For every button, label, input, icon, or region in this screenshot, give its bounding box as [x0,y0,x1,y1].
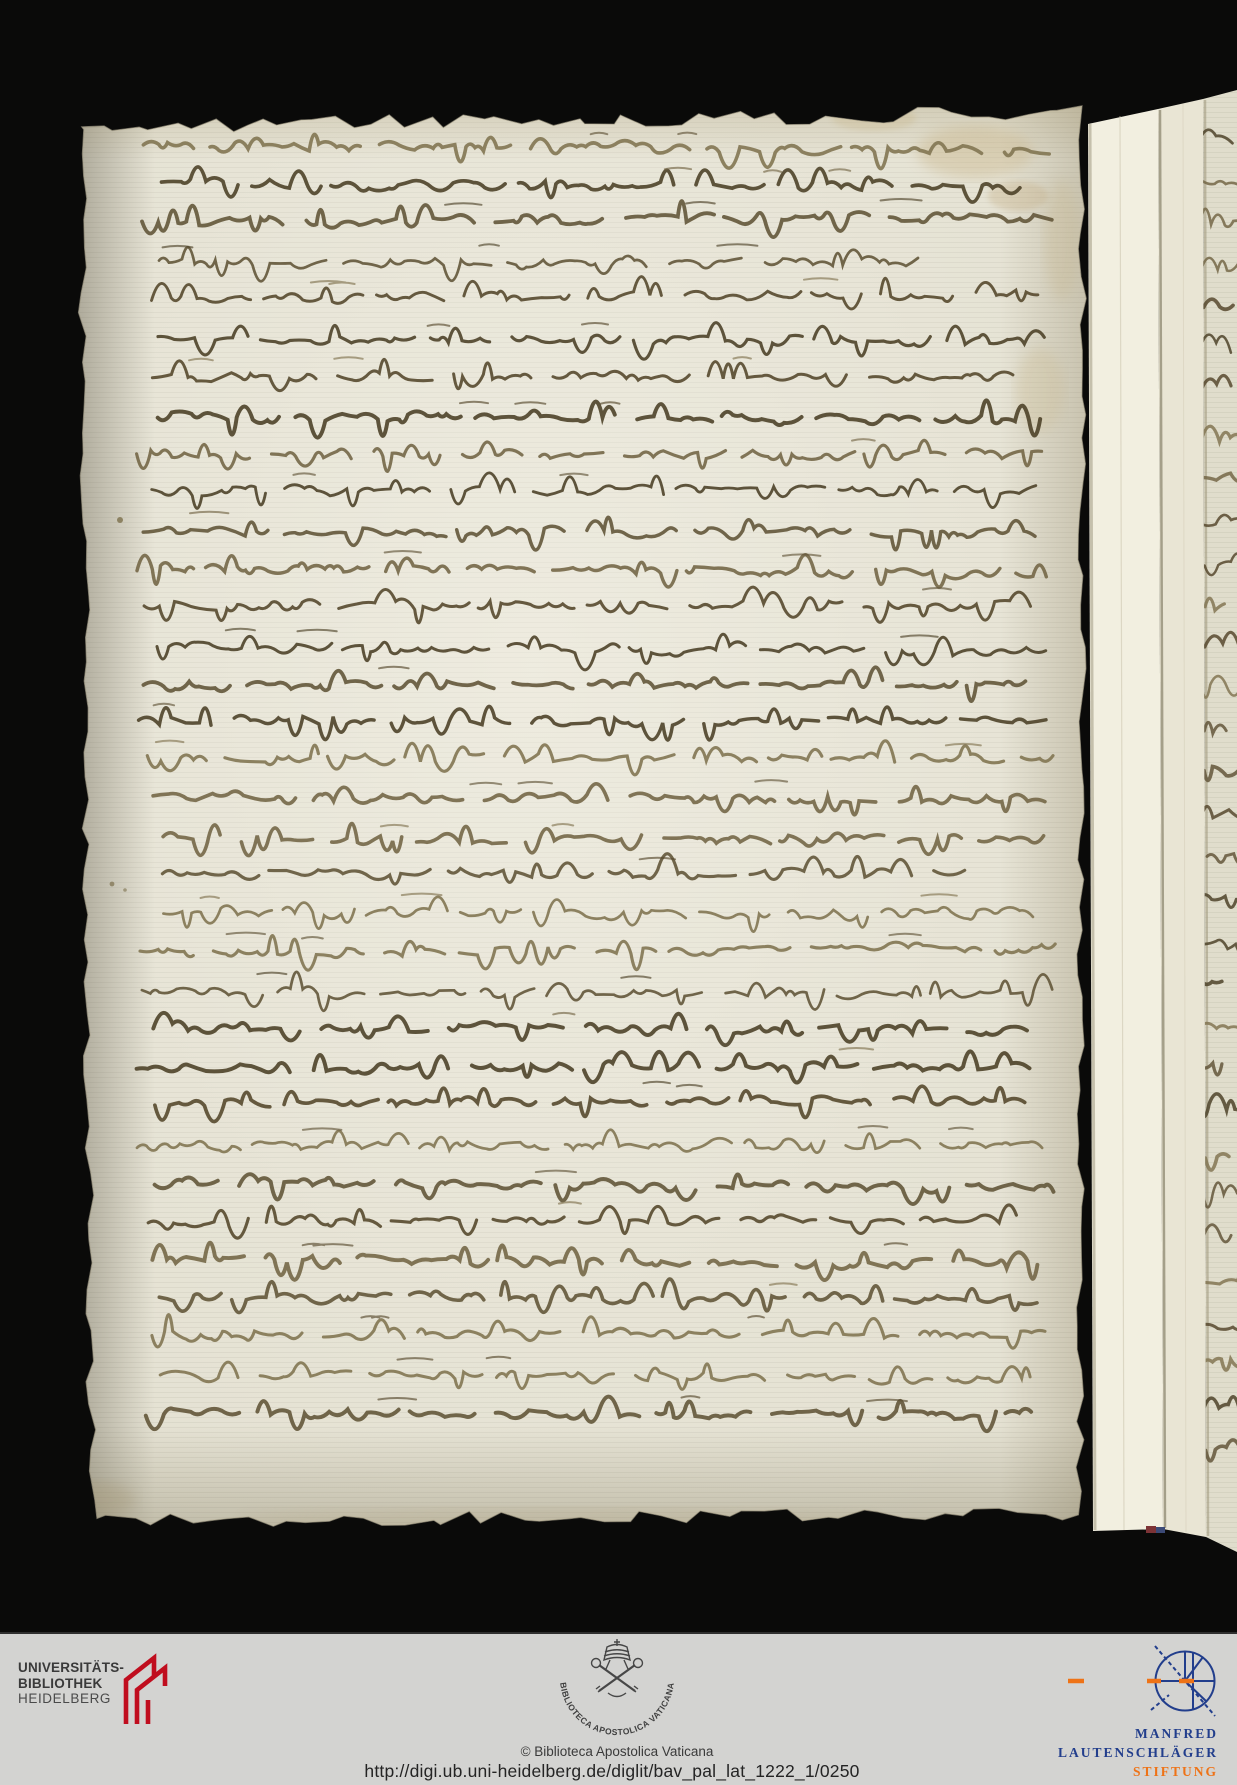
vatican-copyright: © Biblioteca Apostolica Vaticana [467,1744,767,1759]
mls-line1: MANFRED [1135,1726,1218,1742]
ub-line2: BIBLIOTHEK [18,1676,124,1692]
source-url: http://digi.ub.uni-heidelberg.de/diglit/… [292,1761,932,1782]
manuscript-scan [0,0,1237,1785]
vatican-arc-label: BIBLIOTECA APOSTOLICA VATICANA [558,1682,676,1737]
lautenschlaeger-wheel-icon [1055,1644,1225,1722]
mls-line3: STIFTUNG [1133,1764,1218,1780]
bookmark-sliver [1146,1526,1156,1533]
mls-line2: LAUTENSCHLÄGER [1058,1745,1218,1761]
fore-edge-pages [1088,99,1206,1537]
ub-line1: UNIVERSITÄTS- [18,1660,124,1676]
manuscript-page-surface [55,85,1100,1545]
ub-line3: HEIDELBERG [18,1691,124,1707]
viewer-footer: UNIVERSITÄTS- BIBLIOTHEK HEIDELBERG BIBL… [0,1632,1237,1785]
ub-heidelberg-wordmark: UNIVERSITÄTS- BIBLIOTHEK HEIDELBERG [18,1660,124,1707]
vatican-emblem: BIBLIOTECA APOSTOLICA VATICANA [546,1638,688,1746]
ub-heidelberg-book-icon [118,1646,178,1728]
bookmark-sliver [1156,1527,1165,1533]
vatican-keys-tiara-icon [592,1639,643,1697]
